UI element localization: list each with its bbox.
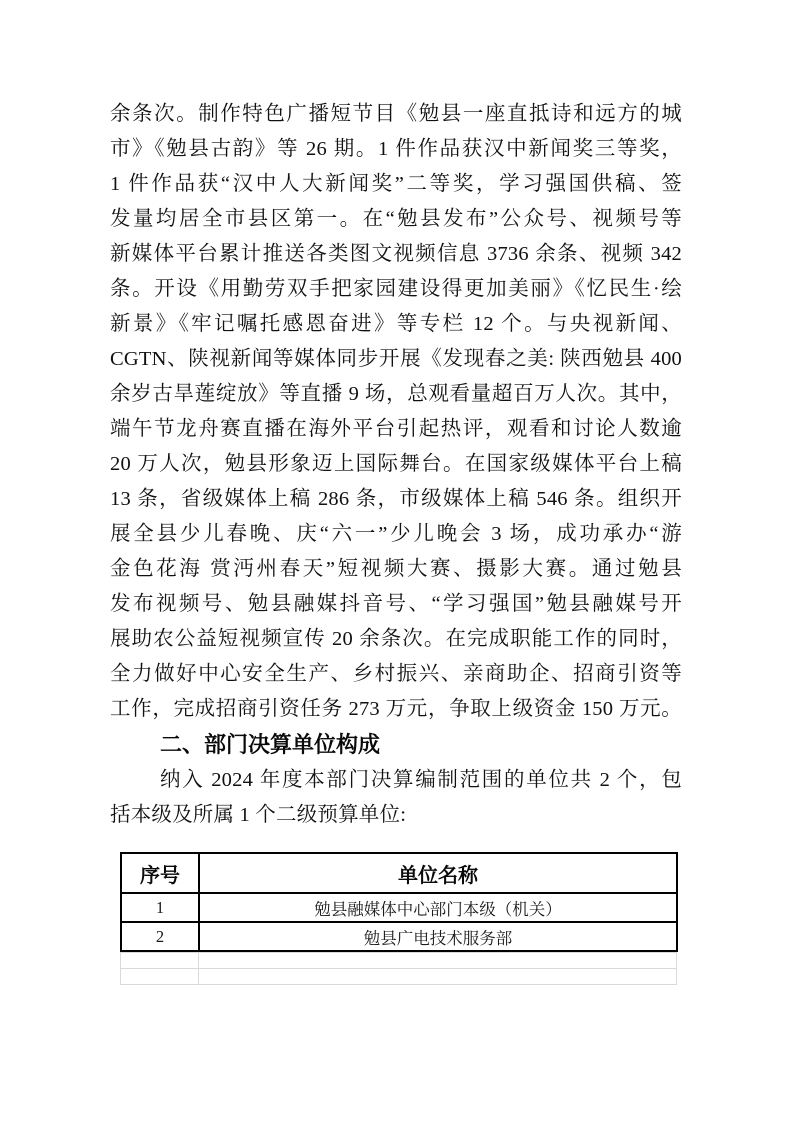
text-line: 新媒体平台累计推送各类图文视频信息 3736 余条、视频 342 — [110, 237, 682, 272]
text-line: 13 条，省级媒体上稿 286 条，市级媒体上稿 546 条。组织开 — [110, 482, 682, 517]
text-line: 金色花海 赏沔州春天”短视频大赛、摄影大赛。通过勉县 — [110, 552, 682, 587]
text-line: 发布视频号、勉县融媒抖音号、“学习强国”勉县融媒号开 — [110, 587, 682, 622]
text-line: 余岁古旱莲绽放》等直播 9 场，总观看量超百万人次。其中， — [110, 377, 682, 412]
header-cell-no: 序号 — [121, 853, 199, 893]
page-content: 余条次。制作特色广播短节目《勉县一座直抵诗和远方的城 市》《勉县古韵》等 26 … — [110, 97, 682, 985]
text-line: 发量均居全市县区第一。在“勉县发布”公众号、视频号等 — [110, 202, 682, 237]
text-line: 展助农公益短视频宣传 20 余条次。在完成职能工作的同时， — [110, 622, 682, 657]
row-number-cell: 1 — [121, 893, 199, 922]
units-table: 序号 单位名称 1 勉县融媒体中心部门本级（机关） 2 勉县广电技术服务部 — [120, 852, 678, 952]
header-cell-name: 单位名称 — [199, 853, 677, 893]
empty-grid-rows — [120, 952, 677, 985]
unit-name-cell: 勉县广电技术服务部 — [199, 922, 677, 951]
table-header-row: 序号 单位名称 — [121, 853, 677, 893]
section-heading: 二、部门决算单位构成 — [110, 727, 682, 763]
text-line: 括本级及所属 1 个二级预算单位: — [110, 798, 682, 833]
table-row: 1 勉县融媒体中心部门本级（机关） — [121, 893, 677, 922]
text-line: 市》《勉县古韵》等 26 期。1 件作品获汉中新闻奖三等奖， — [110, 132, 682, 167]
text-line: 条。开设《用勤劳双手把家园建设得更加美丽》《忆民生·绘 — [110, 272, 682, 307]
intro-paragraph: 纳入 2024 年度本部门决算编制范围的单位共 2 个，包 括本级及所属 1 个… — [110, 763, 682, 833]
text-line: CGTN、陕视新闻等媒体同步开展《发现春之美: 陕西勉县 400 — [110, 342, 682, 377]
empty-grid-row — [121, 969, 677, 985]
text-line: 新景》《牢记嘱托感恩奋进》等专栏 12 个。与央视新闻、 — [110, 307, 682, 342]
text-line: 1 件作品获“汉中人大新闻奖”二等奖，学习强国供稿、签 — [110, 167, 682, 202]
text-line: 余条次。制作特色广播短节目《勉县一座直抵诗和远方的城 — [110, 97, 682, 132]
text-line: 展全县少儿春晚、庆“六一”少儿晚会 3 场，成功承办“游 — [110, 517, 682, 552]
text-line: 纳入 2024 年度本部门决算编制范围的单位共 2 个，包 — [110, 763, 682, 798]
empty-grid-row — [121, 953, 677, 969]
text-line: 全力做好中心安全生产、乡村振兴、亲商助企、招商引资等 — [110, 657, 682, 692]
continuation-paragraph: 余条次。制作特色广播短节目《勉县一座直抵诗和远方的城 市》《勉县古韵》等 26 … — [110, 97, 682, 727]
text-line: 20 万人次，勉县形象迈上国际舞台。在国家级媒体平台上稿 — [110, 447, 682, 482]
text-line: 端午节龙舟赛直播在海外平台引起热评，观看和讨论人数逾 — [110, 412, 682, 447]
unit-name-cell: 勉县融媒体中心部门本级（机关） — [199, 893, 677, 922]
document-page: 余条次。制作特色广播短节目《勉县一座直抵诗和远方的城 市》《勉县古韵》等 26 … — [0, 0, 793, 1122]
row-number-cell: 2 — [121, 922, 199, 951]
table-row: 2 勉县广电技术服务部 — [121, 922, 677, 951]
text-line: 工作，完成招商引资任务 273 万元，争取上级资金 150 万元。 — [110, 692, 682, 727]
